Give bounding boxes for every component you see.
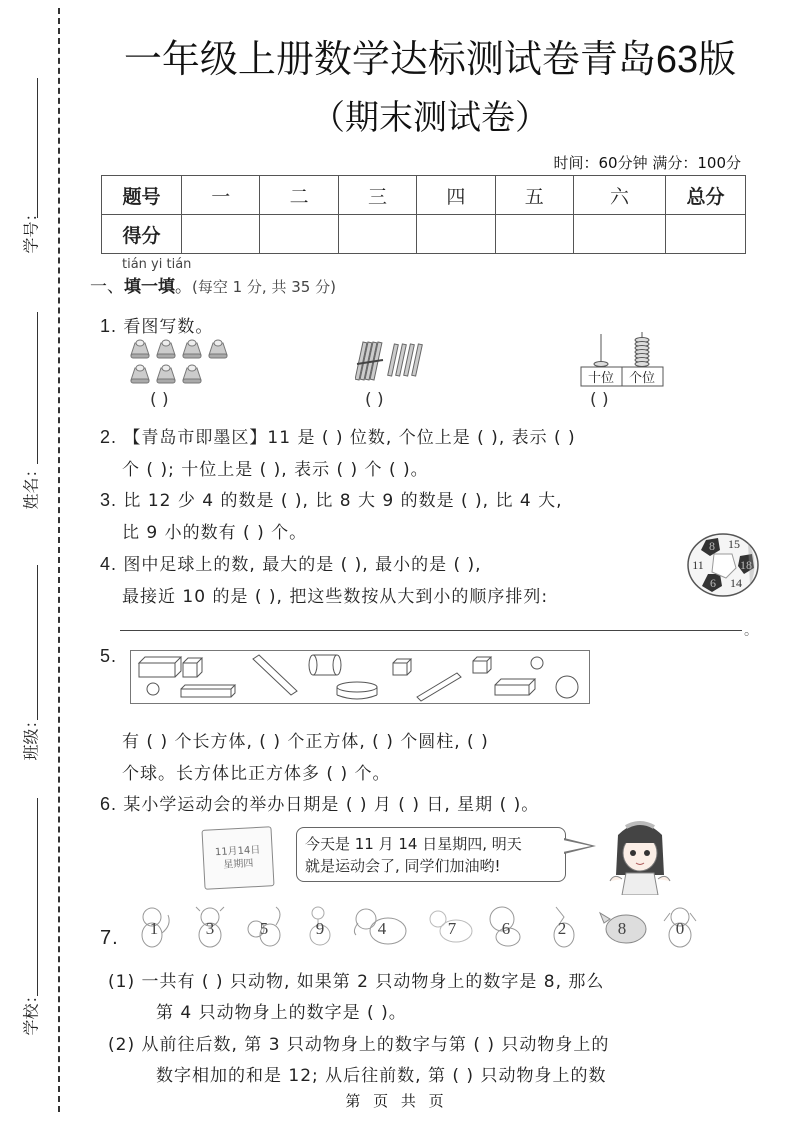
ball-number-6: 6 — [710, 576, 716, 590]
score-cell-5[interactable] — [495, 215, 573, 254]
exam-meta: 时间：60分钟 满分：100分 — [554, 152, 742, 173]
col-3: 三 — [338, 176, 416, 215]
animal-number: 6 — [502, 919, 511, 938]
ball-number-18: 18 — [740, 558, 752, 572]
animal-zebra: 2 — [542, 905, 582, 949]
student-id-label: 学号： — [19, 226, 42, 254]
student-id-line — [37, 78, 38, 218]
school-line — [37, 798, 38, 996]
question-2-line2: 个 ( ); 十位上是 ( ), 表示 ( ) 个 ( )。 — [122, 455, 429, 480]
animal-number: 7 — [448, 919, 457, 938]
animal-sheep: 7 — [428, 905, 476, 949]
speech-bubble-tail-fill — [563, 840, 591, 852]
school-label: 学校： — [19, 1008, 42, 1036]
section-heading: 一、填一填。(每空 1 分, 共 35 分) — [90, 272, 336, 297]
question-number: 5. — [100, 646, 117, 666]
col-2: 二 — [260, 176, 338, 215]
question-5-line1: 有 ( ) 个长方体, ( ) 个正方体, ( ) 个圆柱, ( ) — [122, 727, 489, 752]
sticks-bundle-image — [355, 340, 435, 385]
question-7-sub2-line1: (2) 从前往后数, 第 3 只动物身上的数字与第 ( ) 只动物身上的 — [108, 1030, 609, 1055]
page-title: 一年级上册数学达标测试卷青岛63版 — [100, 28, 760, 83]
section-title: 填一填 — [124, 277, 175, 297]
question-7-sub1-line2: 第 4 只动物身上的数字是 ( )。 — [156, 998, 407, 1023]
section-prefix: 一、 — [90, 277, 124, 297]
animal-number: 4 — [378, 919, 387, 938]
question-text-line1: 某小学运动会的举办日期是 ( ) 月 ( ) 日, 星期 ( )。 — [123, 795, 539, 815]
question-2: 2. 【青岛市即墨区】11 是 ( ) 位数, 个位上是 ( ), 表示 ( ) — [100, 423, 576, 448]
q1-blank-1[interactable]: ( ) — [150, 390, 169, 410]
question-4: 4. 图中足球上的数, 最大的是 ( ), 最小的是 ( ), — [100, 550, 482, 575]
q1-blank-3[interactable]: ( ) — [590, 390, 609, 410]
binding-dashed-line — [58, 8, 60, 1112]
animal-elephant: 4 — [352, 905, 412, 949]
animal-number: 5 — [260, 919, 269, 938]
animal-number: 1 — [150, 919, 159, 938]
bubble-text-line1: 今天是 11 月 14 日星期四, 明天 — [305, 833, 557, 855]
question-number: 2. — [100, 427, 117, 447]
soccer-ball-image: 8 15 11 18 6 14 — [686, 532, 760, 598]
q4-end-mark: 。 — [744, 620, 758, 640]
row-head-score: 得分 — [102, 215, 182, 254]
animal-goose: 9 — [300, 905, 340, 949]
score-table-score-row: 得分 — [102, 215, 746, 254]
question-text: 看图写数。 — [123, 317, 213, 337]
girl-character-image — [600, 815, 680, 895]
name-label: 姓名： — [19, 482, 42, 510]
abacus-tens-label: 十位 — [588, 370, 614, 386]
question-3: 3. 比 12 少 4 的数是 ( ), 比 8 大 9 的数是 ( ), 比 … — [100, 486, 563, 511]
question-1: 1. 看图写数。 — [100, 312, 213, 337]
score-cell-1[interactable] — [182, 215, 260, 254]
question-text-line1: 【青岛市即墨区】11 是 ( ) 位数, 个位上是 ( ), 表示 ( ) — [123, 428, 575, 448]
score-cell-total[interactable] — [666, 215, 746, 254]
question-3-line2: 比 9 小的数有 ( ) 个。 — [122, 518, 307, 543]
section-period: 。 — [175, 277, 192, 297]
class-label: 班级： — [19, 733, 42, 761]
ball-number-14: 14 — [730, 576, 742, 590]
animal-dog: 0 — [660, 905, 700, 949]
score-cell-4[interactable] — [417, 215, 495, 254]
animal-number: 0 — [676, 919, 685, 938]
ball-number-15: 15 — [728, 537, 740, 551]
animal-number: 9 — [316, 919, 325, 938]
question-5: 5. — [100, 646, 117, 667]
row-head-question-no: 题号 — [102, 176, 182, 215]
score-table: 题号 一 二 三 四 五 六 总分 得分 — [101, 175, 746, 254]
question-7: 7. — [100, 925, 119, 950]
page-subtitle: （期末测试卷） — [100, 90, 760, 139]
shuttlecock-image — [128, 337, 236, 387]
calendar-image: 11月14日 星期四 — [201, 826, 274, 890]
question-7-sub2-line2: 数字相加的和是 12; 从后往前数, 第 ( ) 只动物身上的数 — [156, 1061, 606, 1086]
animal-rhino: 8 — [596, 905, 648, 949]
question-text-line1: 比 12 少 4 的数是 ( ), 比 8 大 9 的数是 ( ), 比 4 大… — [123, 491, 562, 511]
animal-number: 8 — [618, 919, 627, 938]
question-number: 7. — [100, 927, 119, 949]
col-total: 总分 — [666, 176, 746, 215]
score-table-header-row: 题号 一 二 三 四 五 六 总分 — [102, 176, 746, 215]
question-5-line2: 个球。长方体比正方体多 ( ) 个。 — [122, 759, 390, 784]
question-number: 1. — [100, 316, 117, 336]
speech-bubble: 今天是 11 月 14 日星期四, 明天 就是运动会了, 同学们加油哟! — [296, 827, 566, 882]
score-cell-3[interactable] — [338, 215, 416, 254]
section-pinyin: tián yi tián — [122, 257, 191, 272]
animals-row: 1 3 5 9 4 7 6 2 8 0 — [130, 905, 710, 953]
animal-number: 2 — [558, 919, 567, 938]
col-4: 四 — [417, 176, 495, 215]
question-number: 3. — [100, 490, 117, 510]
q4-answer-line[interactable] — [120, 630, 742, 631]
animal-lion: 6 — [486, 905, 526, 949]
q1-blank-2[interactable]: ( ) — [365, 390, 384, 410]
col-1: 一 — [182, 176, 260, 215]
abacus-ones-label: 个位 — [629, 371, 655, 386]
animal-cow: 3 — [190, 905, 230, 949]
question-7-sub1-line1: (1) 一共有 ( ) 只动物, 如果第 2 只动物身上的数字是 8, 那么 — [108, 967, 604, 992]
col-6: 六 — [574, 176, 666, 215]
page-footer: 第 页 共 页 — [0, 1090, 793, 1111]
section-note: (每空 1 分, 共 35 分) — [192, 278, 336, 296]
3d-shapes-image — [131, 651, 591, 705]
question-4-line2: 最接近 10 的是 ( ), 把这些数按从大到小的顺序排列: — [122, 582, 548, 607]
score-cell-2[interactable] — [260, 215, 338, 254]
score-cell-6[interactable] — [574, 215, 666, 254]
abacus-image: 十位 个位 — [580, 332, 664, 387]
class-line — [37, 565, 38, 720]
name-line — [37, 312, 38, 464]
question-number: 4. — [100, 554, 117, 574]
shapes-box — [130, 650, 590, 704]
question-number: 6. — [100, 794, 117, 814]
ball-number-11: 11 — [692, 558, 704, 572]
animal-tiger: 1 — [134, 905, 174, 949]
bubble-text-line2: 就是运动会了, 同学们加油哟! — [305, 855, 557, 877]
col-5: 五 — [495, 176, 573, 215]
question-6: 6. 某小学运动会的举办日期是 ( ) 月 ( ) 日, 星期 ( )。 — [100, 790, 539, 815]
animal-cat: 5 — [244, 905, 284, 949]
animal-number: 3 — [206, 919, 215, 938]
question-text-line1: 图中足球上的数, 最大的是 ( ), 最小的是 ( ), — [123, 555, 481, 575]
ball-number-8: 8 — [709, 539, 715, 553]
